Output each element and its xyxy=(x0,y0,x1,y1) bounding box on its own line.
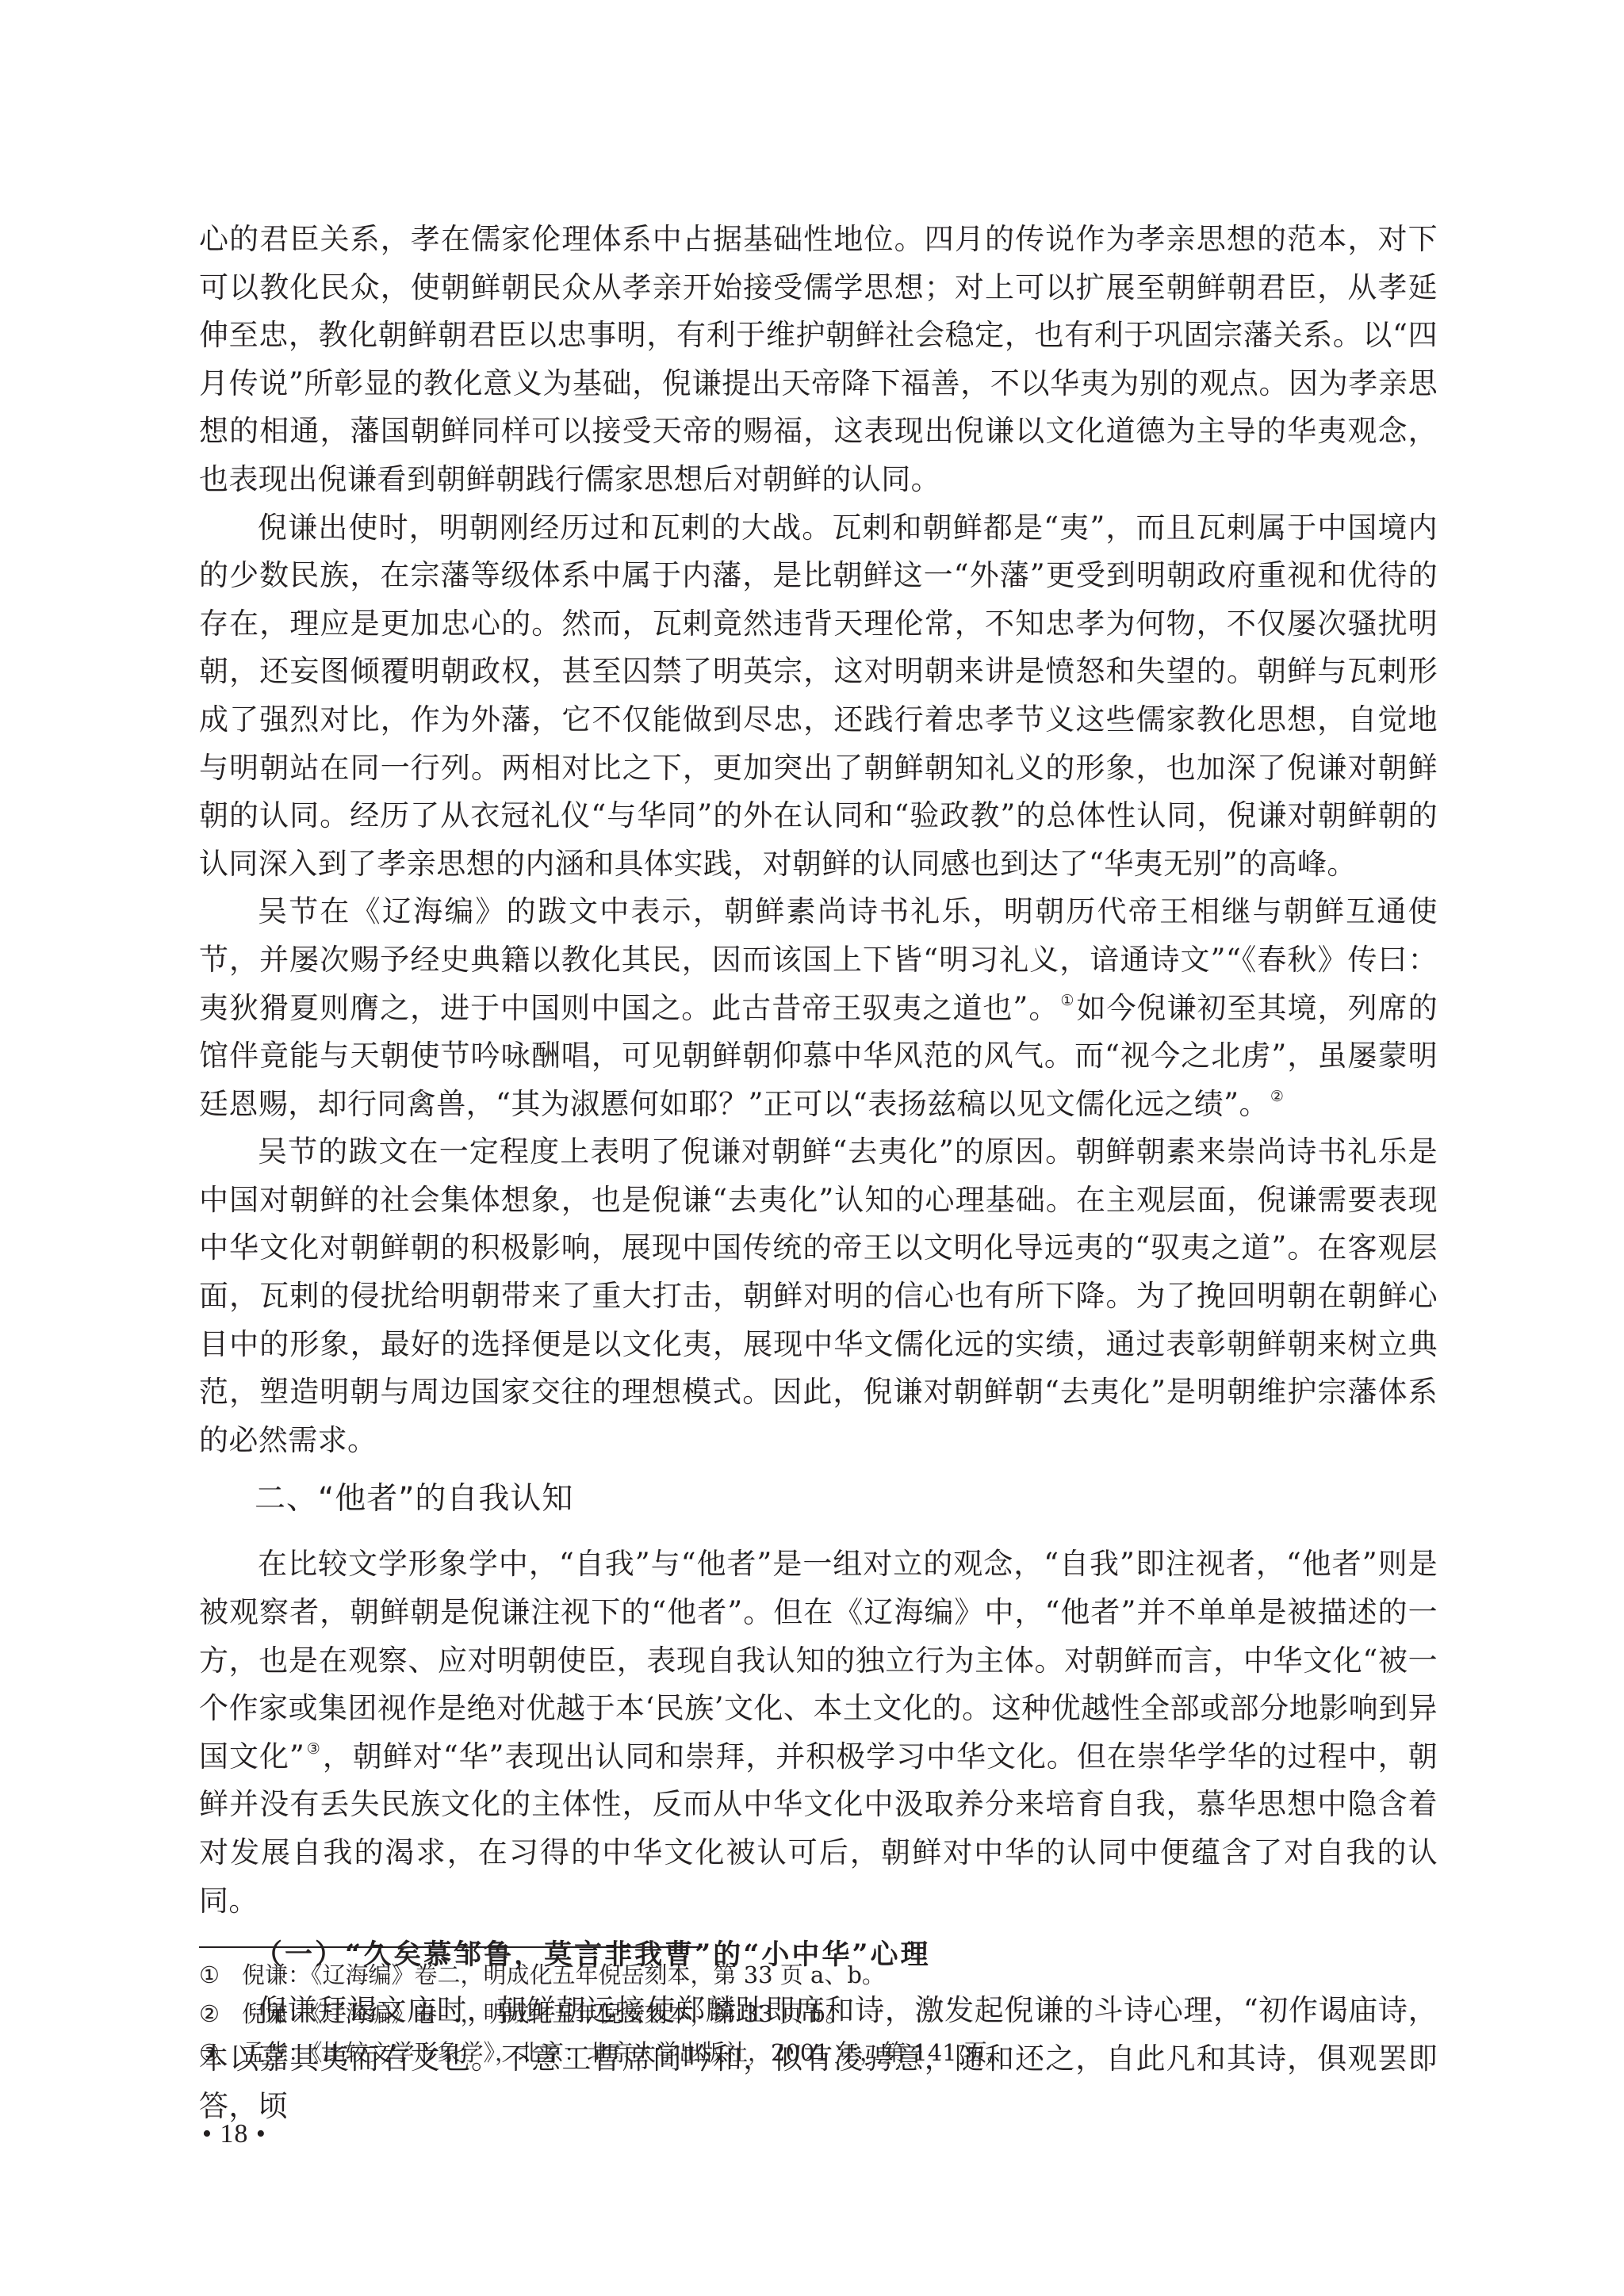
footnotes: ① 倪谦：《辽海编》卷二，明成化五年倪岳刻本，第 33 页 a、b。 ② 倪谦：… xyxy=(199,1946,1438,2072)
paragraph-continued: 心的君臣关系，孝在儒家伦理体系中占据基础性地位。四月的传说作为孝亲思想的范本，对… xyxy=(199,216,1438,504)
paragraph-text: ，朝鲜对“华”表现出认同和崇拜，并积极学习中华文化。但在崇华学华的过程中，朝鲜并… xyxy=(199,1739,1438,1918)
footnote-number: ② xyxy=(199,1995,242,2034)
footnote-item: ② 倪谦：《辽海编》卷二，明成化五年倪岳刻本，第 33 页 b。 xyxy=(199,1995,1438,2034)
paragraph-de-barbarization: 吴节的跋文在一定程度上表明了倪谦对朝鲜“去夷化”的原因。朝鲜朝素来崇尚诗书礼乐是… xyxy=(199,1128,1438,1464)
paragraph-wala-contrast: 倪谦出使时，明朝刚经历过和瓦剌的大战。瓦剌和朝鲜都是“夷”，而且瓦剌属于中国境内… xyxy=(199,504,1438,889)
footnote-number: ① xyxy=(199,1956,242,1995)
footnote-divider xyxy=(199,1946,703,1948)
footnote-ref-2[interactable]: ② xyxy=(1270,1088,1284,1105)
page-body: 心的君臣关系，孝在儒家伦理体系中占据基础性地位。四月的传说作为孝亲思想的范本，对… xyxy=(199,216,1438,2131)
footnote-ref-3[interactable]: ③ xyxy=(306,1740,321,1758)
footnote-text: 倪谦：《辽海编》卷二，明成化五年倪岳刻本，第 33 页 a、b。 xyxy=(242,1956,885,1995)
page-number: • 18 • xyxy=(202,2118,266,2150)
footnote-text: 孟华：《比较文学形象学》，北京：北京大学出版社，2001 年，第 141 页。 xyxy=(242,2034,1010,2072)
footnote-item: ① 倪谦：《辽海编》卷二，明成化五年倪岳刻本，第 33 页 a、b。 xyxy=(199,1956,1438,1995)
section-heading: 二、“他者”的自我认知 xyxy=(199,1475,1438,1523)
footnote-text: 倪谦：《辽海编》卷二，明成化五年倪岳刻本，第 33 页 b。 xyxy=(242,1995,848,2034)
paragraph-wujie-postscript: 吴节在《辽海编》的跋文中表示，朝鲜素尚诗书礼乐，明朝历代帝王相继与朝鲜互通使节，… xyxy=(199,888,1438,1128)
footnote-ref-1[interactable]: ① xyxy=(1060,992,1074,1009)
paragraph-self-other: 在比较文学形象学中，“自我”与“他者”是一组对立的观念，“自我”即注视者，“他者… xyxy=(199,1540,1438,1925)
footnote-number: ③ xyxy=(199,2034,242,2072)
footnote-item: ③ 孟华：《比较文学形象学》，北京：北京大学出版社，2001 年，第 141 页… xyxy=(199,2034,1438,2072)
